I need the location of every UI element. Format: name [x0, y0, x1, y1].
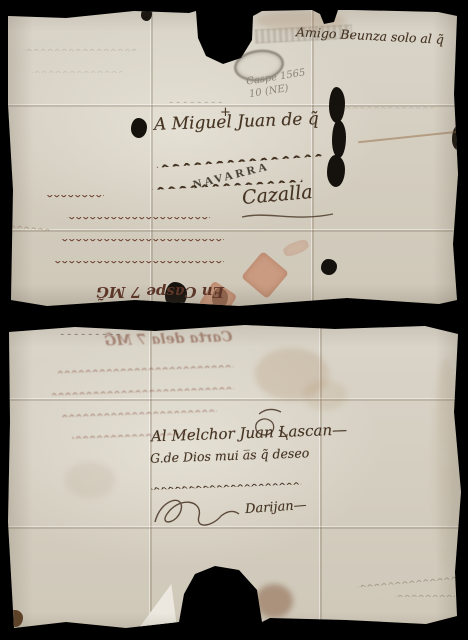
pencil-scribble: __________: [166, 92, 228, 103]
bottom-letter-cover: Carta dela 7 MG̃ _______________________…: [5, 322, 463, 638]
faint-script-line: ________: [395, 582, 455, 597]
scratch-stain-line: [358, 131, 458, 143]
faint-corner-script: ___________: [57, 324, 135, 335]
ink-blot: [131, 118, 147, 138]
rubric-flourish: [149, 488, 244, 536]
show-through-line: ____________: [32, 58, 124, 73]
top-letter-cover: Amigo Beunza solo al q̃ Caspe 1565 10 (N…: [6, 8, 460, 308]
ink-blot: [332, 120, 346, 158]
ink-blot: [321, 259, 337, 275]
paper-stain: [433, 358, 459, 568]
illegible-docket-line: ______________________: [40, 217, 210, 232]
edge-blot: [8, 610, 23, 627]
paper-stain: [303, 380, 347, 410]
seal-stain: [255, 584, 293, 618]
illegible-docket-line: __________________________: [24, 261, 224, 276]
show-through-line: _____________: [336, 94, 436, 109]
destination-town: Darijan—: [245, 498, 308, 517]
ink-blot: [452, 126, 464, 150]
wax-seal-remnant: [241, 251, 289, 299]
underline-flourish: [240, 210, 335, 222]
docket-heading: En Caspe 7 MG̃: [12, 283, 224, 301]
illegible-script-line: ____________________: [151, 469, 306, 489]
destination-town: Cazalla: [241, 181, 313, 209]
show-through-line: _______________: [24, 36, 136, 51]
illegible-docket-line: ___________________________: [28, 352, 233, 374]
fold-crease-vertical: [311, 8, 315, 308]
illegible-docket-line: ________________________: [32, 397, 217, 418]
address-line: G.de Dios mui a̅s q̃ deseo: [150, 445, 310, 466]
illegible-docket-line: ____________________________: [19, 374, 234, 396]
address-line: A Miguel Juan de q̃: [154, 109, 319, 135]
wax-smear: [282, 238, 311, 259]
paper-stain: [256, 12, 346, 30]
illegible-docket-line: _________________________: [32, 239, 224, 254]
illegible-docket-line: _________: [34, 195, 104, 210]
ink-blot: [327, 155, 345, 187]
paper-stain: [65, 462, 115, 498]
folded-corner-highlight: [139, 584, 177, 628]
photo-background: Amigo Beunza solo al q̃ Caspe 1565 10 (N…: [0, 0, 468, 640]
